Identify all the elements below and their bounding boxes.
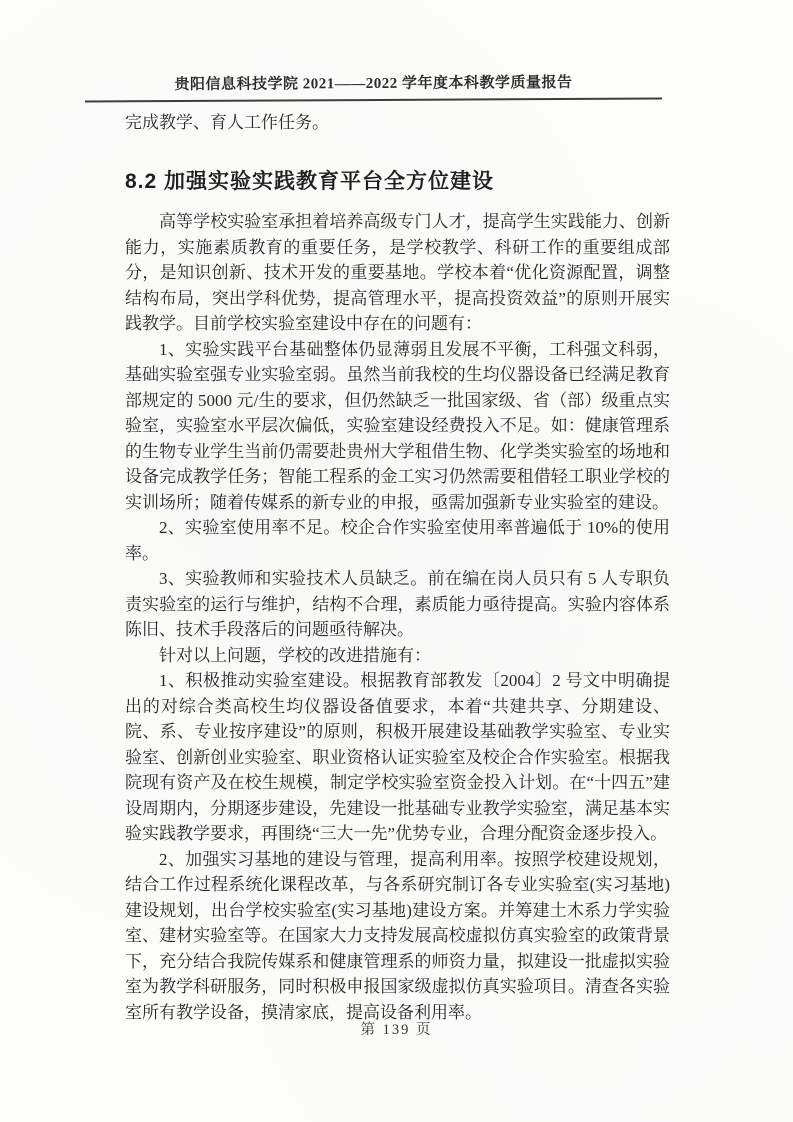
body-paragraph-problem-3: 3、实验教师和实验技术人员缺乏。前在编在岗人员只有 5 人专职负责实验室的运行与… (125, 566, 670, 643)
document-page: 贵阳信息科技学院 2021——2022 学年度本科教学质量报告 完成教学、育人工… (0, 0, 793, 1122)
body-paragraph-overview: 高等学校实验室承担着培养高级专门人才，提高学生实践能力、创新能力，实施素质教育的… (125, 209, 670, 337)
section-heading: 8.2 加强实验实践教育平台全方位建设 (125, 169, 670, 195)
page-number: 第 139 页 (0, 1018, 793, 1039)
body-paragraph-measure-2: 2、加强实习基地的建设与管理，提高利用率。按照学校建设规划，结合工作过程系统化课… (125, 847, 670, 1026)
body-paragraph-problem-2: 2、实验室使用率不足。校企合作实验室使用率普遍低于 10%的使用率。 (125, 515, 670, 566)
document-body: 完成教学、育人工作任务。 8.2 加强实验实践教育平台全方位建设 高等学校实验室… (125, 110, 670, 1025)
body-paragraph-measure-1: 1、积极推动实验室建设。根据教育部教发〔2004〕2 号文中明确提出的对综合类高… (125, 668, 670, 847)
running-header-title: 贵阳信息科技学院 2021——2022 学年度本科教学质量报告 (85, 70, 662, 102)
body-paragraph-measures-intro: 针对以上问题，学校的改进措施有： (125, 643, 670, 669)
body-paragraph-problem-1: 1、实验实践平台基础整体仍显薄弱且发展不平衡，工科强文科弱，基础实验室强专业实验… (125, 337, 670, 516)
continuation-paragraph: 完成教学、育人工作任务。 (125, 110, 670, 136)
